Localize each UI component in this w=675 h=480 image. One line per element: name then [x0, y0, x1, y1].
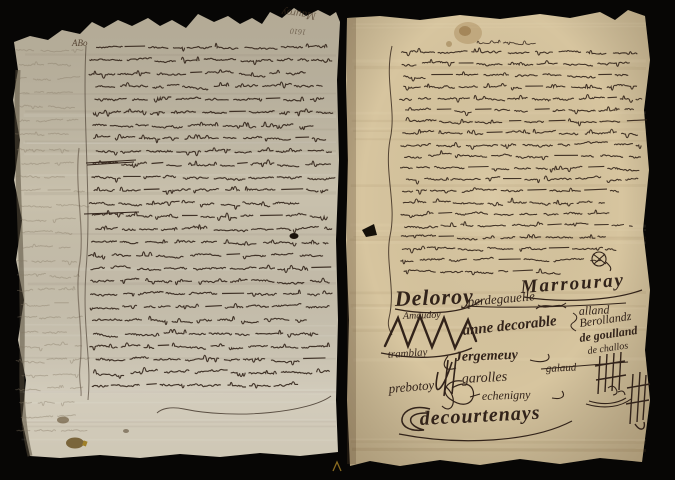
stain-blob [66, 438, 84, 449]
texture-streak [25, 55, 336, 56]
docket-note-year: 1610 [290, 27, 307, 37]
right-page: Deloroy Amaudoy Marrouray perdegauelle a… [346, 10, 650, 466]
stain-dot [123, 429, 129, 433]
texture-streak [350, 239, 646, 240]
signature-echenigny: echenigny [482, 387, 532, 403]
signature-deloroy: Deloroy [393, 283, 474, 311]
texture-streak [351, 442, 646, 443]
texture-streak [24, 115, 336, 116]
texture-streak [23, 94, 336, 95]
manuscript-canvas: ABo Mauroy 1610 Deloroy Amaudoy Marroura… [0, 0, 675, 480]
texture-streak [24, 154, 336, 155]
texture-streak [354, 67, 646, 68]
left-page: ABo Mauroy 1610 [13, 6, 340, 458]
texture-streak [350, 113, 646, 114]
stain-dot-small [446, 41, 452, 47]
texture-streak [352, 449, 646, 450]
texture-streak [27, 143, 336, 144]
ink-blot-left [290, 233, 299, 239]
texture-streak [20, 390, 336, 391]
texture-streak [24, 193, 336, 194]
manuscript-photo: ABo Mauroy 1610 Deloroy Amaudoy Marroura… [0, 0, 675, 480]
texture-streak [353, 24, 646, 25]
signature-jergemeuy: Jergemeuy [454, 348, 519, 365]
texture-streak [24, 420, 336, 421]
texture-streak [353, 130, 646, 131]
left-top-note: ABo [71, 38, 88, 48]
texture-streak [353, 230, 646, 231]
texture-streak [24, 325, 336, 326]
stain-spot [57, 417, 69, 424]
gutter-shadow [347, 18, 356, 464]
round-stain-core [459, 26, 471, 36]
